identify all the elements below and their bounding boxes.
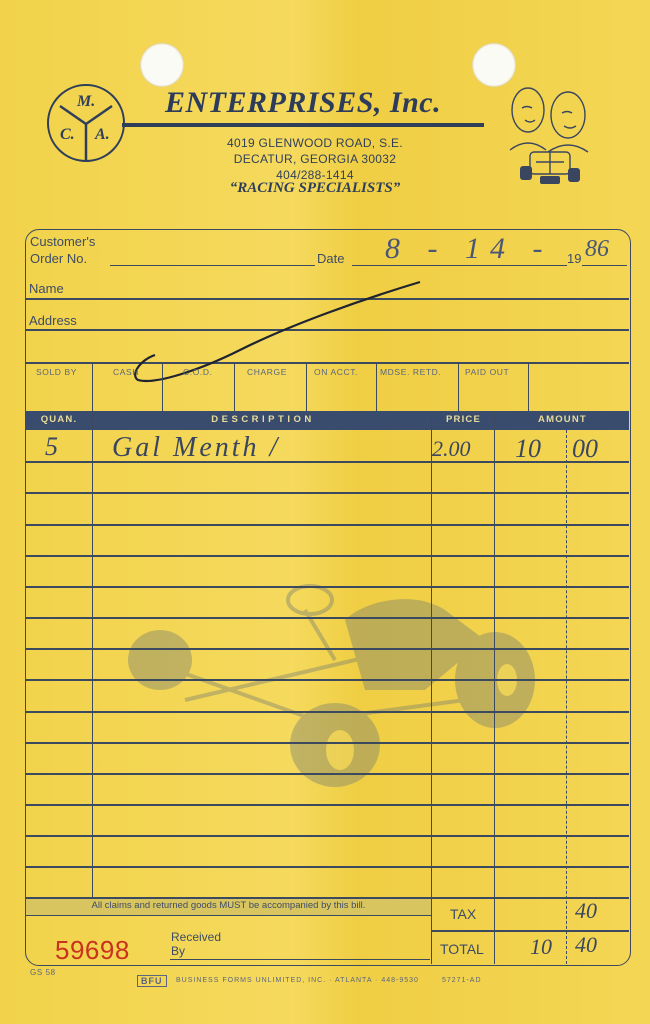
col-header-price: PRICE (433, 414, 494, 425)
order-no-field[interactable] (110, 265, 315, 266)
col-header-description: DESCRIPTION (94, 414, 432, 425)
row-price[interactable]: 2.00 (432, 436, 471, 462)
col-header-amount: AMOUNT (496, 414, 629, 425)
row-line (26, 773, 629, 775)
order-no-label-line1: Customer's (30, 234, 95, 249)
payment-mdse-retd[interactable]: MDSE. RETD. (380, 367, 441, 377)
date-label: Date (317, 251, 344, 266)
caricature-go-kart-icon (500, 80, 610, 195)
payment-divider (458, 362, 459, 411)
row-line (26, 492, 629, 494)
payment-divider (528, 362, 529, 411)
row-line (26, 711, 629, 713)
payment-paid-out[interactable]: PAID OUT (465, 367, 509, 377)
total-label: TOTAL (440, 941, 484, 957)
tax-value[interactable]: 40 (575, 898, 597, 924)
col-divider-quan (92, 411, 93, 898)
row-description[interactable]: Gal Menth / (112, 432, 280, 464)
row-line (26, 804, 629, 806)
year-field[interactable] (582, 265, 627, 266)
row-quan[interactable]: 5 (45, 432, 58, 462)
col-divider-desc (431, 411, 432, 964)
row-line (26, 679, 629, 681)
company-name: ENTERPRISES, Inc. (165, 86, 441, 120)
cents-dashed-divider (566, 430, 567, 964)
payment-divider (234, 362, 235, 411)
address-line-2: DECATUR, GEORGIA 30032 (200, 152, 430, 166)
col-header-quan: QUAN. (26, 414, 92, 425)
row-line (26, 866, 629, 868)
year-value: 86 (585, 236, 609, 263)
year-prefix: 19 (567, 251, 581, 266)
name-label: Name (29, 281, 64, 296)
payment-cash[interactable]: CASH (113, 367, 139, 377)
row-amount-cents[interactable]: 00 (572, 434, 598, 464)
received-by-label-line2: By (171, 944, 185, 958)
go-kart-watermark-icon (115, 580, 545, 790)
claims-notice: All claims and returned goods MUST be ac… (26, 900, 431, 911)
row-line (26, 617, 629, 619)
row-line (431, 930, 629, 932)
received-by-label-line1: Received (171, 930, 221, 944)
printer-logo: BFU (137, 975, 167, 987)
printer-line: BUSINESS FORMS UNLIMITED, INC. · ATLANTA… (176, 977, 419, 984)
order-no-label-line2: Order No. (30, 251, 87, 266)
tax-label: TAX (450, 906, 476, 922)
title-rule (122, 123, 484, 127)
col-divider-price (494, 411, 495, 964)
row-line (26, 648, 629, 650)
slogan: “RACING SPECIALISTS” (170, 180, 460, 197)
row-line (26, 586, 629, 588)
row-amount-dollars[interactable]: 10 (515, 434, 541, 464)
row-line (26, 835, 629, 837)
form-code: GS 58 (30, 968, 56, 977)
row-line (26, 524, 629, 526)
payment-divider (162, 362, 163, 411)
payment-divider (306, 362, 307, 411)
payment-divider (92, 362, 93, 411)
payment-cod[interactable]: C.O.D. (183, 367, 213, 377)
row-line (26, 742, 629, 744)
logo-letter-c: C. (60, 126, 75, 144)
logo-letter-a: A. (95, 126, 110, 144)
serial-number: 59698 (55, 935, 130, 966)
payment-on-acct[interactable]: ON ACCT. (314, 367, 358, 377)
address-label: Address (29, 313, 77, 328)
form-number: 57271-AD (442, 977, 482, 984)
address-line-1: 4019 GLENWOOD ROAD, S.E. (200, 136, 430, 150)
payment-divider (376, 362, 377, 411)
logo-letter-m: M. (77, 93, 95, 111)
payment-sold-by[interactable]: SOLD BY (36, 367, 77, 377)
row-line (26, 555, 629, 557)
punch-hole-left (140, 43, 184, 87)
date-value: 8 - 14 - (385, 232, 552, 266)
received-by-field[interactable] (170, 959, 430, 960)
total-dollars[interactable]: 10 (530, 934, 552, 960)
payment-charge[interactable]: CHARGE (247, 367, 287, 377)
total-cents[interactable]: 40 (575, 932, 597, 958)
